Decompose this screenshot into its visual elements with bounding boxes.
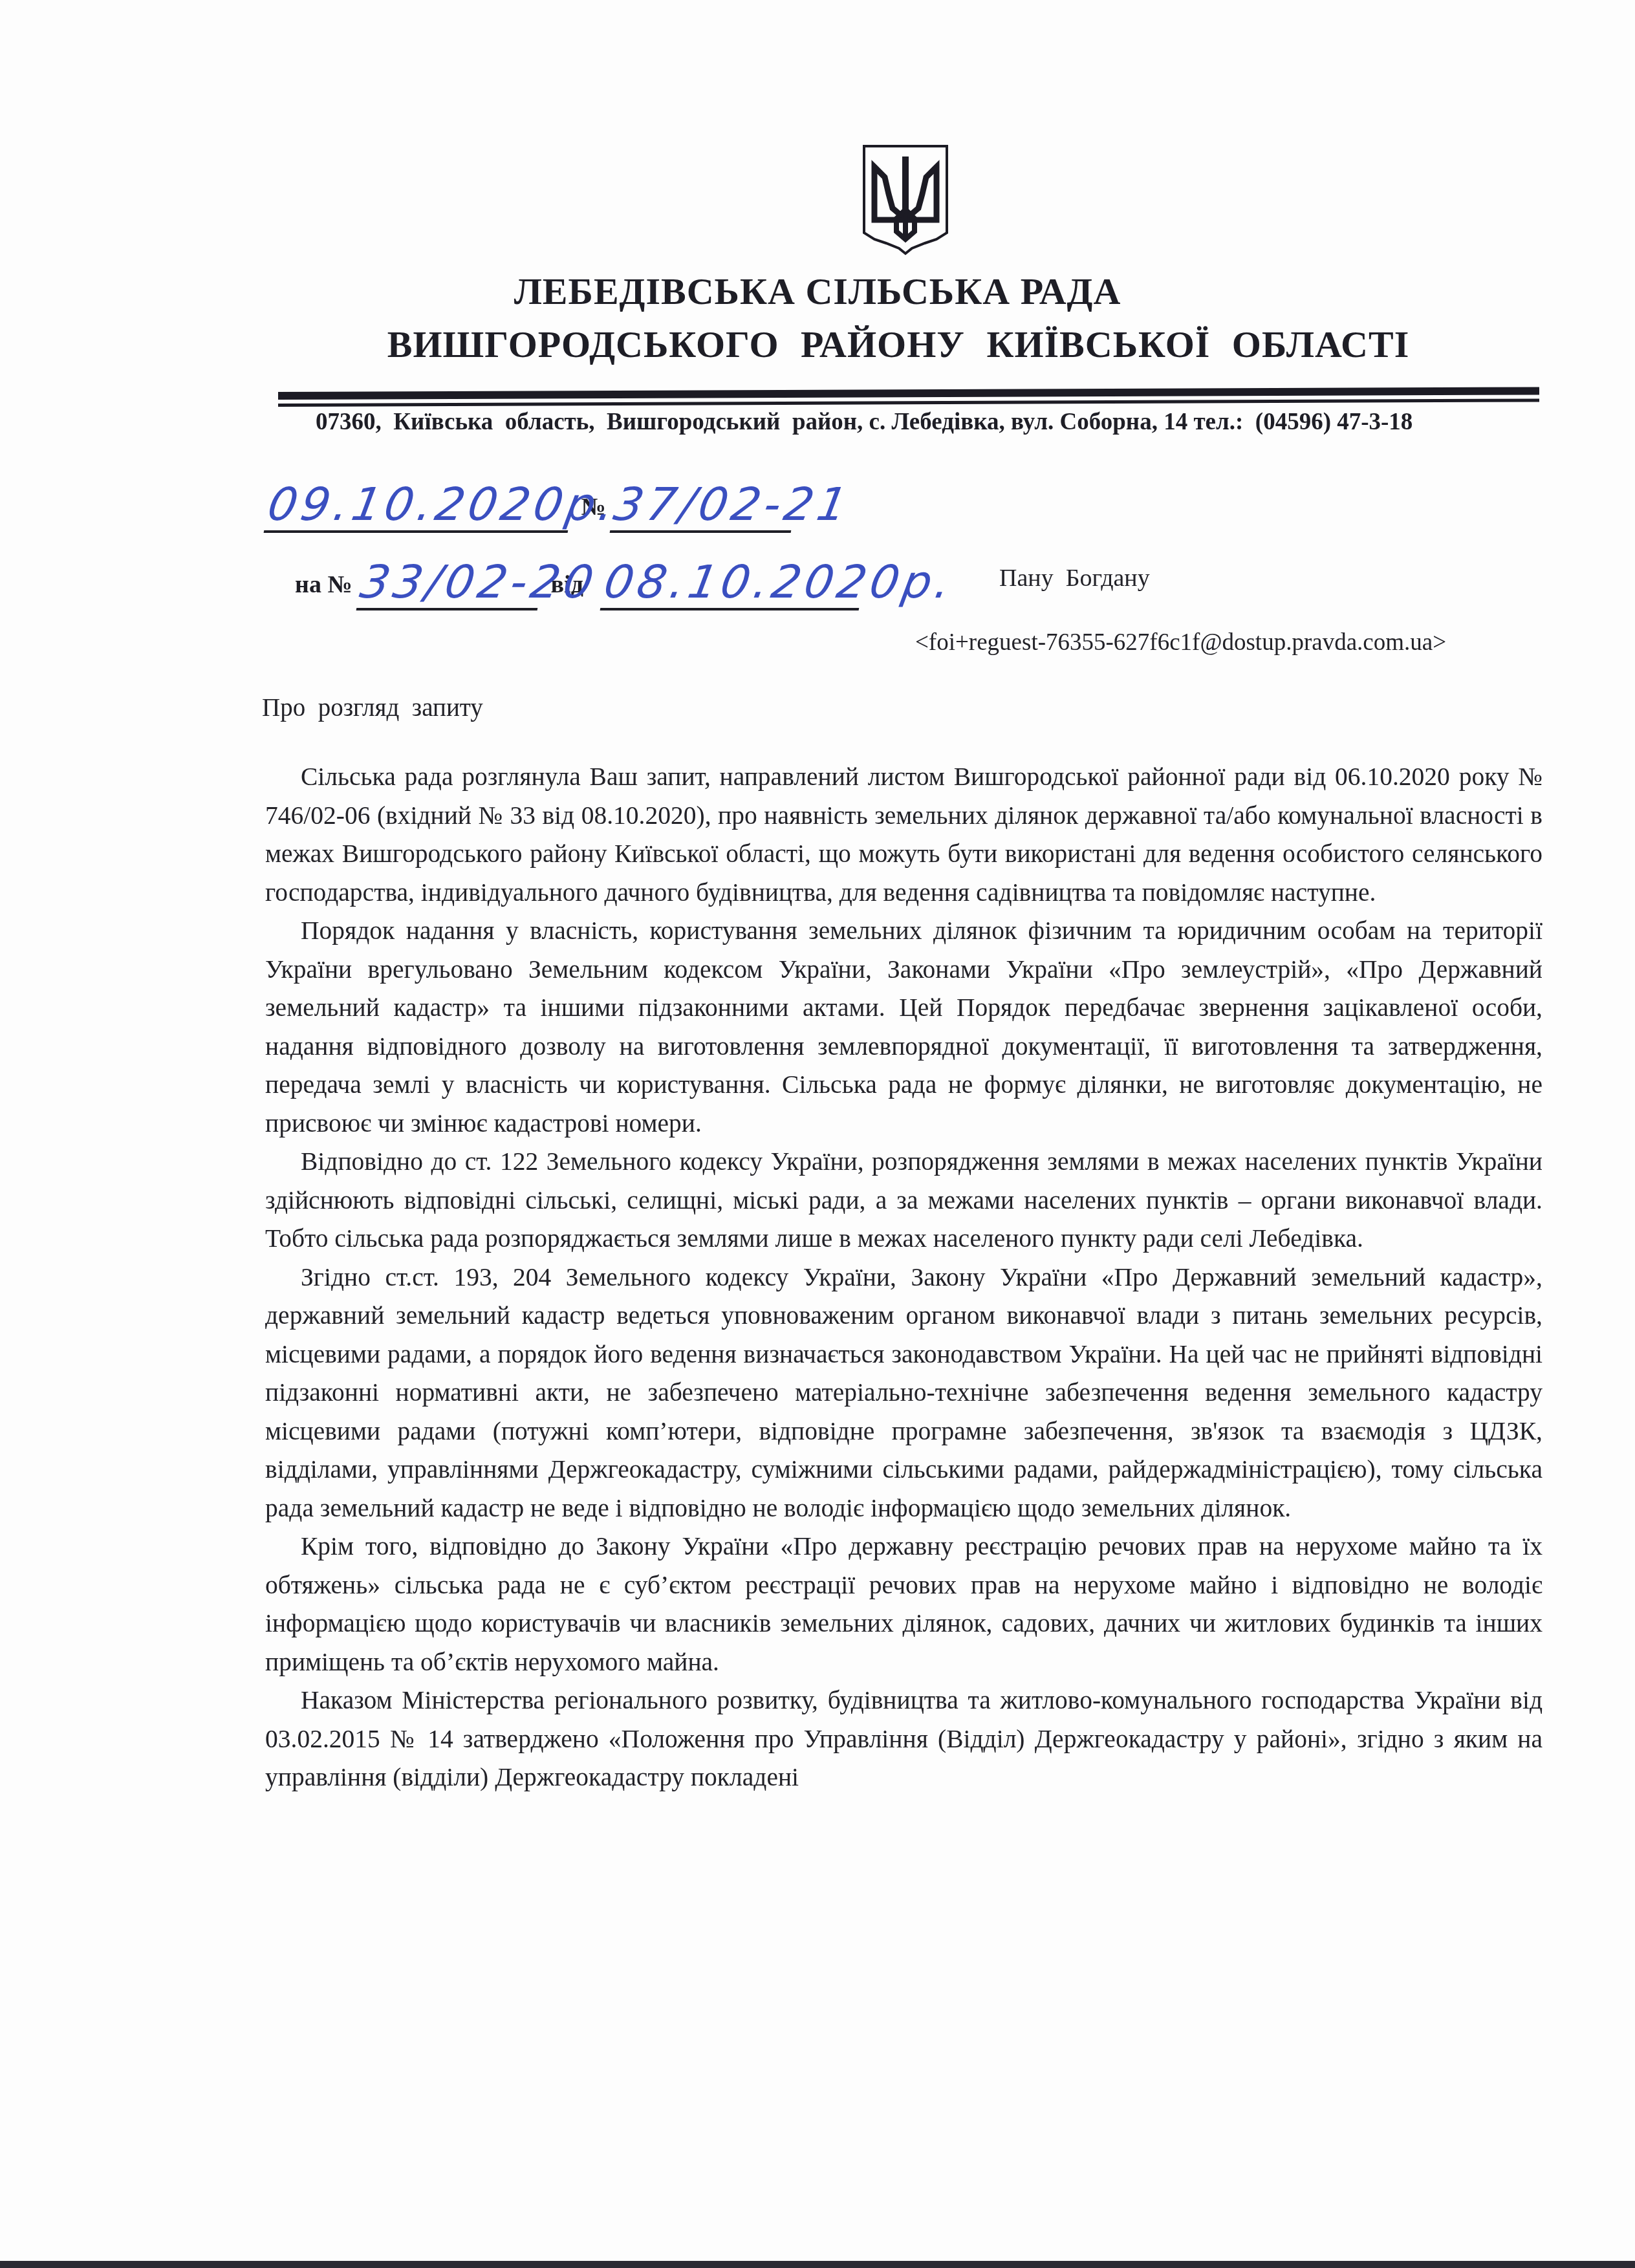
body-paragraph: Сільська рада розглянула Ваш запит, напр…: [265, 758, 1543, 912]
reply-to-label: на №: [292, 571, 355, 598]
header-divider-thick: [278, 387, 1539, 400]
outgoing-date: 09.10.2020р.: [264, 479, 578, 533]
letter-subject: Про розгляд запиту: [262, 693, 483, 722]
organization-title: ЛЕБЕДІВСЬКА СІЛЬСЬКА РАДА ВИШГОРОДСЬКОГО…: [0, 265, 1635, 371]
recipient-email: <foi+reguest-76355-627f6c1f@dostup.pravd…: [915, 629, 1446, 656]
trident-coat-of-arms-icon: [860, 142, 951, 259]
recipient-name: Пану Богдану: [999, 564, 1150, 592]
reply-to-date: 08.10.2020р.: [600, 556, 869, 610]
letter-body: Сільська рада розглянула Ваш запит, напр…: [265, 758, 1543, 1797]
scan-bottom-edge: [0, 2261, 1635, 2268]
reply-to-number: 33/02-20: [356, 556, 547, 610]
body-paragraph: Крім того, відповідно до Закону України …: [265, 1528, 1543, 1681]
outgoing-number: 37/02-21: [610, 479, 801, 533]
reply-to-registration: на № 33/02-20 від 08.10.2020р.: [292, 556, 863, 610]
body-paragraph: Відповідно до ст. 122 Земельного кодексу…: [265, 1143, 1543, 1258]
body-paragraph: Згідно ст.ст. 193, 204 Земельного кодекс…: [265, 1258, 1543, 1528]
organization-name: ЛЕБЕДІВСЬКА СІЛЬСЬКА РАДА: [0, 265, 1635, 318]
body-paragraph: Порядок надання у власність, користуванн…: [265, 912, 1543, 1143]
letter-page: ЛЕБЕДІВСЬКА СІЛЬСЬКА РАДА ВИШГОРОДСЬКОГО…: [0, 0, 1635, 2268]
body-paragraph: Наказом Міністерства регіонального розви…: [265, 1681, 1543, 1797]
organization-address: 07360, Київська область, Вишгородський р…: [316, 406, 1413, 438]
outgoing-registration: 09.10.2020р. № 37/02-21: [268, 479, 796, 533]
organization-region: ВИШГОРОДСЬКОГО РАЙОНУ КИЇВСЬКОЇ ОБЛАСТІ: [162, 318, 1635, 371]
